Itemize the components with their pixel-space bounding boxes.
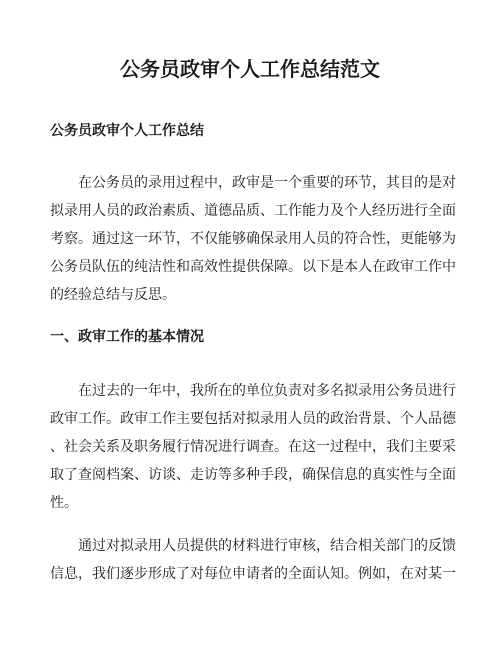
- paragraph-line: 通过对拟录用人员提供的材料进行审核，结合相关部门的反馈: [50, 533, 450, 561]
- paragraph-line: 在过去的一年中，我所在的单位负责对多名拟录用公务员进行: [50, 378, 450, 406]
- paragraph-line: 的经验总结与反思。: [50, 282, 450, 310]
- paragraph-line: 信息，我们逐步形成了对每位申请者的全面认知。例如，在对某一: [50, 561, 450, 589]
- paragraph-line: 拟录用人员的政治素质、道德品质、工作能力及个人经历进行全面: [50, 198, 450, 226]
- paragraph-line: 政审工作。政审工作主要包括对拟录用人员的政治背景、个人品德: [50, 406, 450, 434]
- document-title: 公务员政审个人工作总结范文: [50, 57, 450, 84]
- paragraph-line: 、社会关系及职务履行情况进行调查。在这一过程中，我们主要采: [50, 434, 450, 462]
- paragraph-line: 在公务员的录用过程中，政审是一个重要的环节，其目的是对: [50, 170, 450, 198]
- paragraph-line: 性。: [50, 490, 450, 518]
- document-content: 公务员政审个人工作总结范文 公务员政审个人工作总结 在公务员的录用过程中，政审是…: [0, 57, 500, 589]
- document-subtitle: 公务员政审个人工作总结: [50, 118, 450, 146]
- paragraph-basic-situation: 在过去的一年中，我所在的单位负责对多名拟录用公务员进行 政审工作。政审工作主要包…: [50, 378, 450, 518]
- paragraph-intro: 在公务员的录用过程中，政审是一个重要的环节，其目的是对 拟录用人员的政治素质、道…: [50, 170, 450, 310]
- document-page: 公务员政审个人工作总结范文 公务员政审个人工作总结 在公务员的录用过程中，政审是…: [0, 0, 500, 647]
- paragraph-line: 考察。通过这一环节，不仅能够确保录用人员的符合性，更能够为: [50, 226, 450, 254]
- paragraph-review-process: 通过对拟录用人员提供的材料进行审核，结合相关部门的反馈 信息，我们逐步形成了对每…: [50, 533, 450, 589]
- paragraph-line: 取了查阅档案、访谈、走访等多种手段，确保信息的真实性与全面: [50, 462, 450, 490]
- section-heading-basic-situation: 一、政审工作的基本情况: [50, 324, 450, 352]
- paragraph-line: 公务员队伍的纯洁性和高效性提供保障。以下是本人在政审工作中: [50, 254, 450, 282]
